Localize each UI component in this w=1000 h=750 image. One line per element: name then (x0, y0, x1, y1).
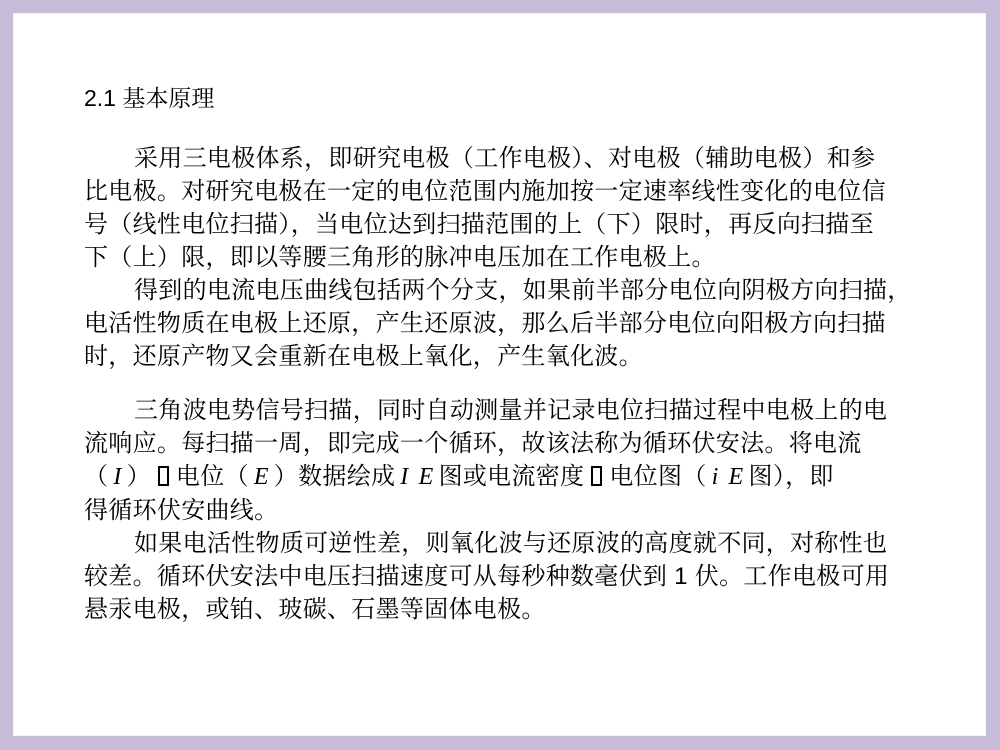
text-line: 流响应。每扫描一周，即完成一个循环，故该法称为循环伏安法。将电流 (84, 427, 940, 460)
text-line: 电活性物质在电极上还原，产生还原波，那么后半部分电位向阳极方向扫描 (84, 307, 940, 340)
text-line: 号（线性电位扫描），当电位达到扫描范围的上（下）限时，再反向扫描至 (84, 208, 940, 241)
math-variable: I (108, 464, 126, 490)
math-variable: E (414, 464, 439, 490)
slide-sheet: 2.1 基本原理 采用三电极体系，即研究电极（工作电极）、对电极（辅助电极）和参… (13, 13, 986, 736)
text-line: 得到的电流电压曲线包括两个分支，如果前半部分电位向阴极方向扫描， (84, 274, 940, 307)
slide-page: 2.1 基本原理 采用三电极体系，即研究电极（工作电极）、对电极（辅助电极）和参… (0, 0, 1000, 750)
text-run: ）数据绘成 (274, 463, 396, 490)
document-body: 采用三电极体系，即研究电极（工作电极）、对电极（辅助电极）和参比电极。对研究电极… (84, 142, 940, 626)
math-variable: I (395, 464, 413, 490)
text-run: 较差。循环伏安法中电压扫描速度可从每秒种数毫伏到 1 伏。工作电极可用 (84, 563, 889, 590)
text-run: 电位图（ (609, 463, 706, 490)
text-run: 图或电流密度 (439, 463, 585, 490)
text-run: 得循环伏安曲线。 (84, 497, 278, 524)
paragraph: 三角波电势信号扫描，同时自动测量并记录电位扫描过程中电极上的电流响应。每扫描一周… (84, 394, 940, 527)
text-run: 电活性物质在电极上还原，产生还原波，那么后半部分电位向阳极方向扫描 (84, 310, 886, 337)
paragraph: 得到的电流电压曲线包括两个分支，如果前半部分电位向阴极方向扫描，电活性物质在电极… (84, 274, 940, 373)
missing-glyph-box (591, 466, 602, 486)
text-run: 流响应。每扫描一周，即完成一个循环，故该法称为循环伏安法。将电流 (84, 430, 862, 457)
math-variable: i (707, 464, 724, 490)
paragraph: 采用三电极体系，即研究电极（工作电极）、对电极（辅助电极）和参比电极。对研究电极… (84, 142, 940, 274)
math-variable: E (724, 464, 749, 490)
text-run: 图），即 (749, 463, 834, 490)
text-run: 下（上）限，即以等腰三角形的脉冲电压加在工作电极上。 (84, 244, 716, 271)
text-line: 如果电活性物质可逆性差，则氧化波与还原波的高度就不同，对称性也 (84, 527, 940, 560)
section-heading: 2.1 基本原理 (84, 83, 940, 113)
text-run: 三角波电势信号扫描，同时自动测量并记录电位扫描过程中电极上的电 (134, 397, 887, 424)
text-line: 下（上）限，即以等腰三角形的脉冲电压加在工作电极上。 (84, 241, 940, 274)
text-line: 时，还原产物又会重新在电极上氧化，产生氧化波。 (84, 340, 940, 373)
text-line: 较差。循环伏安法中电压扫描速度可从每秒种数毫伏到 1 伏。工作电极可用 (84, 560, 940, 593)
text-line: （I）电位（E）数据绘成IE图或电流密度电位图（iE图），即 (84, 460, 940, 494)
paragraph: 如果电活性物质可逆性差，则氧化波与还原波的高度就不同，对称性也较差。循环伏安法中… (84, 527, 940, 626)
text-run: 悬汞电极，或铂、玻碳、石墨等固体电极。 (84, 596, 546, 623)
text-line: 得循环伏安曲线。 (84, 494, 940, 527)
paragraph-spacer (84, 373, 940, 394)
text-line: 采用三电极体系，即研究电极（工作电极）、对电极（辅助电极）和参 (84, 142, 940, 175)
text-line: 比电极。对研究电极在一定的电位范围内施加按一定速率线性变化的电位信 (84, 175, 940, 208)
text-run: 时，还原产物又会重新在电极上氧化，产生氧化波。 (84, 343, 643, 370)
document-content: 2.1 基本原理 采用三电极体系，即研究电极（工作电极）、对电极（辅助电极）和参… (84, 83, 940, 626)
text-run: 电位（ (176, 463, 249, 490)
text-run: 如果电活性物质可逆性差，则氧化波与还原波的高度就不同，对称性也 (134, 530, 887, 557)
text-run: 比电极。对研究电极在一定的电位范围内施加按一定速率线性变化的电位信 (84, 178, 886, 205)
text-run: 得到的电流电压曲线包括两个分支，如果前半部分电位向阴极方向扫描， (134, 277, 912, 304)
text-line: 三角波电势信号扫描，同时自动测量并记录电位扫描过程中电极上的电 (84, 394, 940, 427)
text-line: 悬汞电极，或铂、玻碳、石墨等固体电极。 (84, 593, 940, 626)
text-run: 采用三电极体系，即研究电极（工作电极）、对电极（辅助电极）和参 (134, 145, 875, 172)
text-run: 号（线性电位扫描），当电位达到扫描范围的上（下）限时，再反向扫描至 (84, 211, 874, 238)
text-run: ） (127, 463, 151, 490)
math-variable: E (249, 464, 274, 490)
missing-glyph-box (158, 466, 169, 486)
text-run: （ (84, 463, 108, 490)
